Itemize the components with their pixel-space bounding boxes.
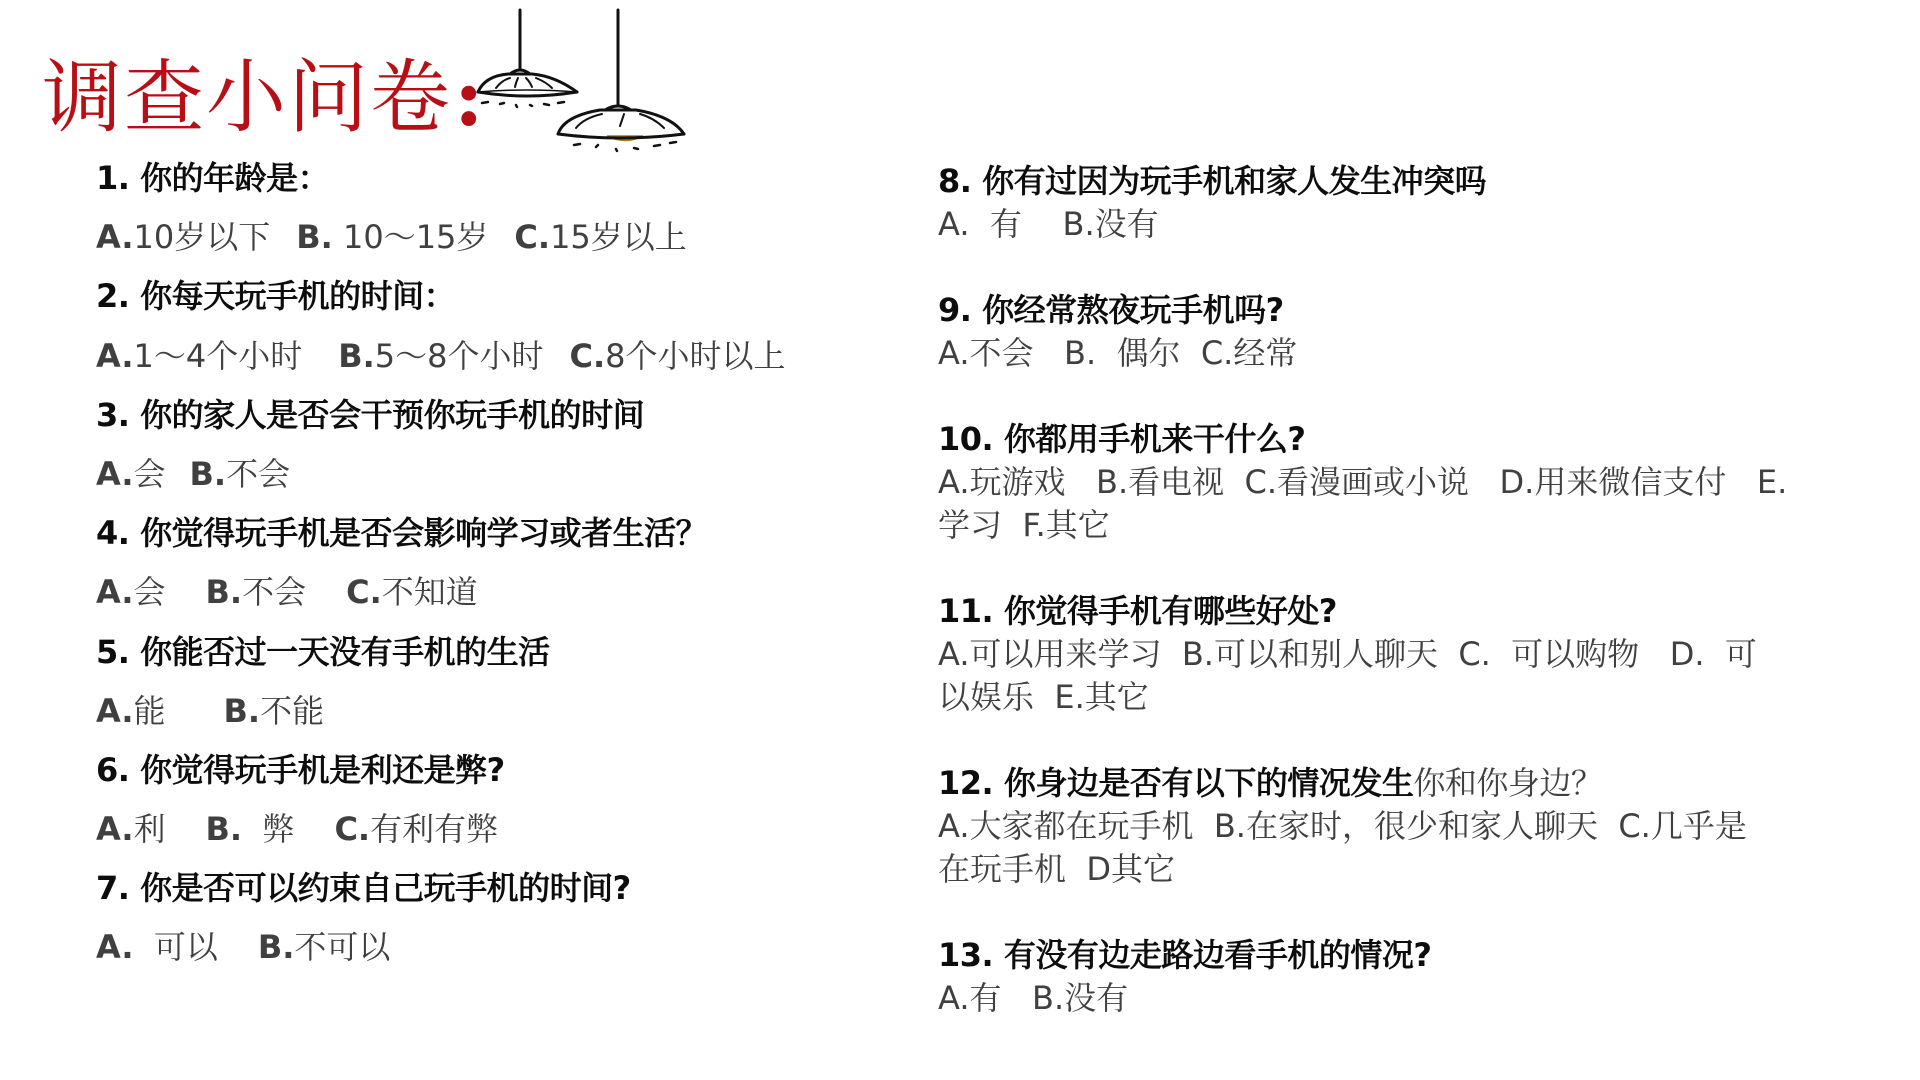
question-5-options: A.能B.不能 <box>96 687 896 746</box>
question-9: 9. 你经常熬夜玩手机吗? <box>938 289 1858 332</box>
question-4-options: A.会B.不会C.不知道 <box>96 568 896 627</box>
question-12-options-line-1: A.大家都在玩手机 B.在家时，很少和家人聊天 C.几乎是 <box>938 805 1858 848</box>
option-a: A. 可以 <box>96 923 218 971</box>
question-block-8: 8. 你有过因为玩手机和家人发生冲突吗 A. 有 B.没有 <box>938 160 1858 246</box>
option-b: B.不会 <box>190 450 291 498</box>
question-5: 5. 你能否过一天没有手机的生活 <box>96 628 896 687</box>
question-12: 12. 你身边是否有以下的情况发生你和你身边？ <box>938 762 1858 805</box>
question-2: 2. 你每天玩手机的时间： <box>96 272 896 331</box>
option-a: A.会 <box>96 450 166 498</box>
question-8: 8. 你有过因为玩手机和家人发生冲突吗 <box>938 160 1858 203</box>
question-block-11: 11. 你觉得手机有哪些好处? A.可以用来学习 B.可以和别人聊天 C. 可以… <box>938 590 1858 719</box>
option-c: C.有利有弊 <box>334 805 498 853</box>
question-11-options-line-1: A.可以用来学习 B.可以和别人聊天 C. 可以购物 D. 可 <box>938 633 1858 676</box>
question-4: 4. 你觉得玩手机是否会影响学习或者生活？ <box>96 509 896 568</box>
question-block-5: 5. 你能否过一天没有手机的生活 A.能B.不能 <box>96 628 896 746</box>
question-block-10: 10. 你都用手机来干什么? A.玩游戏 B.看电视 C.看漫画或小说 D.用来… <box>938 418 1858 547</box>
question-1: 1. 你的年龄是： <box>96 154 896 213</box>
question-block-13: 13. 有没有边走路边看手机的情况? A.有 B.没有 <box>938 934 1858 1020</box>
option-a: A.10岁以下 <box>96 213 270 261</box>
question-10-options-line-2: 学习 F.其它 <box>938 504 1858 547</box>
page-title-text: 调查小问卷 <box>42 51 452 144</box>
option-a: A.能 <box>96 687 166 735</box>
question-9-options: A.不会 B. 偶尔 C.经常 <box>938 332 1858 375</box>
option-a: A.1～4个小时 <box>96 332 302 380</box>
option-b: B.不能 <box>224 687 325 735</box>
question-10: 10. 你都用手机来干什么? <box>938 418 1858 461</box>
question-3: 3. 你的家人是否会干预你玩手机的时间 <box>96 391 896 450</box>
question-13: 13. 有没有边走路边看手机的情况? <box>938 934 1858 977</box>
question-10-options-line-1: A.玩游戏 B.看电视 C.看漫画或小说 D.用来微信支付 E. <box>938 461 1858 504</box>
option-c: C.15岁以上 <box>514 213 686 261</box>
question-block-12: 12. 你身边是否有以下的情况发生你和你身边？ A.大家都在玩手机 B.在家时，… <box>938 762 1858 891</box>
questions-right-column: 8. 你有过因为玩手机和家人发生冲突吗 A. 有 B.没有 9. 你经常熬夜玩手… <box>938 160 1858 1063</box>
question-11: 11. 你觉得手机有哪些好处? <box>938 590 1858 633</box>
question-block-3: 3. 你的家人是否会干预你玩手机的时间 A.会B.不会 <box>96 391 896 509</box>
question-2-options: A.1～4个小时B.5～8个小时C.8个小时以上 <box>96 332 896 391</box>
lamp-small-icon <box>478 10 577 107</box>
option-b: B.不会 <box>206 568 307 616</box>
pendant-lamps-icon <box>460 0 710 160</box>
question-1-options: A.10岁以下B. 10～15岁C.15岁以上 <box>96 213 896 272</box>
question-7: 7. 你是否可以约束自己玩手机的时间? <box>96 864 896 923</box>
page-title: 调查小问卷: <box>42 52 486 143</box>
option-a: A.会 <box>96 568 166 616</box>
question-block-4: 4. 你觉得玩手机是否会影响学习或者生活？ A.会B.不会C.不知道 <box>96 509 896 627</box>
question-6: 6. 你觉得玩手机是利还是弊? <box>96 746 896 805</box>
question-6-options: A.利B. 弊C.有利有弊 <box>96 805 896 864</box>
question-3-options: A.会B.不会 <box>96 450 896 509</box>
question-13-options: A.有 B.没有 <box>938 977 1858 1020</box>
question-7-options: A. 可以B.不可以 <box>96 923 896 982</box>
question-12-options-line-2: 在玩手机 D其它 <box>938 848 1858 891</box>
question-8-options: A. 有 B.没有 <box>938 203 1858 246</box>
option-c: C.8个小时以上 <box>570 332 786 380</box>
question-block-2: 2. 你每天玩手机的时间： A.1～4个小时B.5～8个小时C.8个小时以上 <box>96 272 896 390</box>
question-11-options-line-2: 以娱乐 E.其它 <box>938 676 1858 719</box>
question-12-suffix: 你和你身边？ <box>1413 764 1602 802</box>
lamp-large-icon <box>558 10 684 151</box>
option-b: B. 10～15岁 <box>296 213 488 261</box>
option-a: A.利 <box>96 805 166 853</box>
question-12-text: 12. 你身边是否有以下的情况发生 <box>938 764 1413 802</box>
option-b: B. 弊 <box>206 805 295 853</box>
option-b: B.不可以 <box>258 923 391 971</box>
question-block-1: 1. 你的年龄是： A.10岁以下B. 10～15岁C.15岁以上 <box>96 154 896 272</box>
question-block-6: 6. 你觉得玩手机是利还是弊? A.利B. 弊C.有利有弊 <box>96 746 896 864</box>
question-block-7: 7. 你是否可以约束自己玩手机的时间? A. 可以B.不可以 <box>96 864 896 982</box>
option-b: B.5～8个小时 <box>338 332 543 380</box>
questions-left-column: 1. 你的年龄是： A.10岁以下B. 10～15岁C.15岁以上 2. 你每天… <box>96 154 896 983</box>
option-c: C.不知道 <box>346 568 478 616</box>
question-block-9: 9. 你经常熬夜玩手机吗? A.不会 B. 偶尔 C.经常 <box>938 289 1858 375</box>
